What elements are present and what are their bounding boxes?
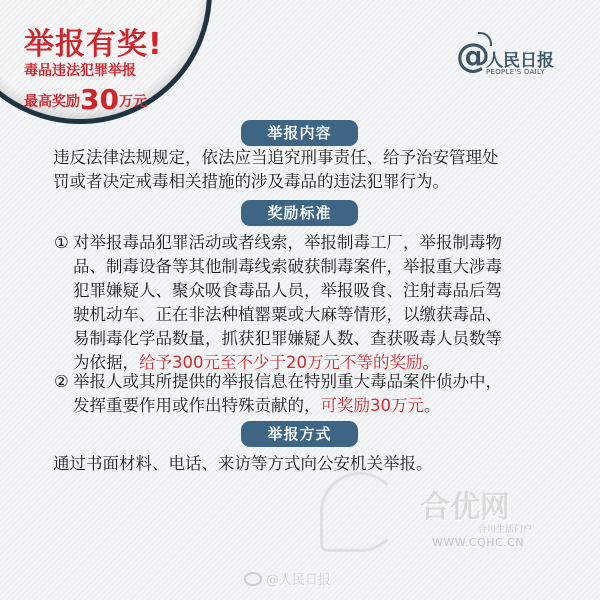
badge-title: 举报有奖! — [24, 28, 163, 62]
logo-name-en: PEOPLE'S DAILY — [486, 68, 545, 76]
watermark-tagline: 合川生活门户 — [478, 522, 532, 535]
text-line: 举报人或其所提供的举报信息在特别重大毒品案件侦办中， — [73, 370, 502, 394]
prize-amount: 30 — [80, 83, 119, 116]
section-heading-reward-standard: 奖励标准 — [241, 200, 358, 226]
reward-highlight: 可奖励30万元 — [321, 396, 425, 415]
text-line: 犯罪嫌疑人、聚众吸食毒品人员，举报吸食、注射毒品后驾 — [73, 279, 502, 303]
text-line: 罚或者决定戒毒相关措施的涉及毒品的违法犯罪行为。 — [53, 170, 499, 194]
text-line: 对举报毒品犯罪活动或者线索，举报制毒工厂，举报制毒物 — [73, 231, 502, 255]
text-plain: 发挥重要作用或作出特殊贡献的， — [73, 396, 321, 415]
item-marker: ① — [54, 231, 69, 255]
badge-prize: 最高奖励30万元 — [24, 86, 163, 116]
weibo-handle: @人民日报 — [266, 573, 331, 588]
prize-unit: 万元 — [119, 94, 147, 110]
item-marker: ② — [54, 370, 69, 394]
weibo-credit: @人民日报 — [244, 569, 331, 588]
reward-item-2: ② 举报人或其所提供的举报信息在特别重大毒品案件侦办中， 发挥重要作用或作出特殊… — [54, 370, 502, 418]
text-plain: 。 — [424, 396, 441, 415]
text-line: 违反法律法规规定，依法应当追究刑事责任、给予治安管理处 — [53, 146, 499, 170]
text-line: 驶机动车、正在非法种植罂粟或大麻等情形，以缴获毒品、 — [73, 303, 502, 327]
report-method-text: 通过书面材料、电话、来访等方式向公安机关举报。 — [53, 452, 433, 476]
report-content-text: 违反法律法规规定，依法应当追究刑事责任、给予治安管理处 罚或者决定戒毒相关措施的… — [53, 146, 499, 194]
swirl-logo-icon — [320, 472, 400, 552]
promo-badge: 举报有奖! 毒品违法犯罪举报 最高奖励30万元 — [24, 28, 163, 116]
watermark-url: WWW.CQHC.CN — [432, 536, 524, 549]
prize-prefix: 最高奖励 — [24, 94, 80, 110]
weibo-icon — [244, 572, 262, 586]
text-line: 易制毒化学品数量，抓获犯罪嫌疑人数、查获吸毒人员数等 — [73, 327, 502, 351]
reward-item-1: ① 对举报毒品犯罪活动或者线索，举报制毒工厂，举报制毒物 品、制毒设备等其他制毒… — [54, 231, 502, 375]
section-heading-report-content: 举报内容 — [241, 120, 358, 146]
badge-subtitle: 毒品违法犯罪举报 — [24, 62, 163, 80]
text-line: 发挥重要作用或作出特殊贡献的，可奖励30万元。 — [73, 394, 502, 418]
signal-waves-icon — [478, 32, 492, 46]
text-line: 品、制毒设备等其他制毒线索破获制毒案件，举报重大涉毒 — [73, 255, 502, 279]
section-heading-report-method: 举报方式 — [241, 421, 358, 447]
watermark-name: 合优网 — [420, 482, 510, 526]
text-line: 通过书面材料、电话、来访等方式向公安机关举报。 — [53, 452, 433, 476]
